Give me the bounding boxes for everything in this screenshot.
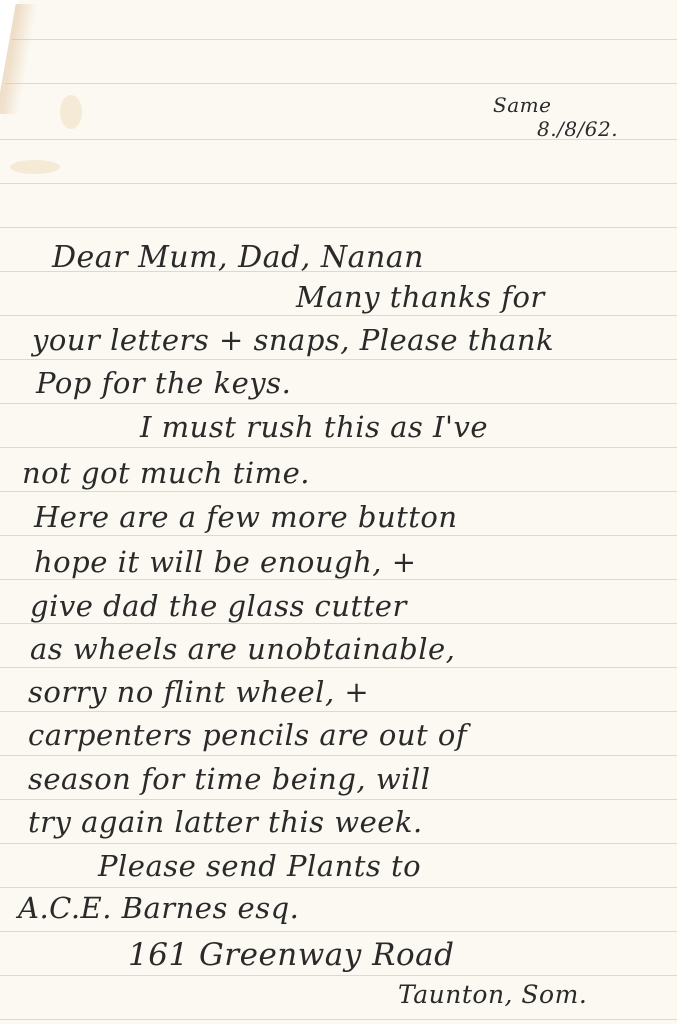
body-line: Here are a few more button (34, 500, 458, 534)
body-line: your letters + snaps, Please thank (32, 323, 554, 357)
body-line: season for time being, will (28, 762, 430, 796)
body-line: give dad the glass cutter (30, 589, 407, 623)
body-line: I must rush this as I've (140, 410, 488, 444)
paper-stain (10, 160, 60, 174)
letter-page: Same 8./8/62. Dear Mum, Dad, Nanan Many … (0, 0, 677, 1024)
address-name: A.C.E. Barnes esq. (18, 891, 299, 925)
date: 8./8/62. (537, 117, 618, 141)
body-line: Please send Plants to (98, 849, 421, 883)
body-line: as wheels are unobtainable, (30, 632, 455, 666)
body-line: hope it will be enough, + (34, 545, 417, 579)
address-town: Taunton, Som. (398, 980, 587, 1009)
paper-stain (60, 95, 82, 129)
address-street: 161 Greenway Road (128, 937, 454, 973)
date-place: Same (493, 93, 551, 117)
body-line: Pop for the keys. (36, 366, 291, 400)
body-line: not got much time. (22, 456, 310, 490)
body-line: Many thanks for (296, 280, 545, 314)
body-line: sorry no flint wheel, + (28, 675, 369, 709)
body-line: carpenters pencils are out of (28, 718, 467, 752)
body-line: try again latter this week. (28, 805, 423, 839)
salutation: Dear Mum, Dad, Nanan (52, 240, 424, 275)
